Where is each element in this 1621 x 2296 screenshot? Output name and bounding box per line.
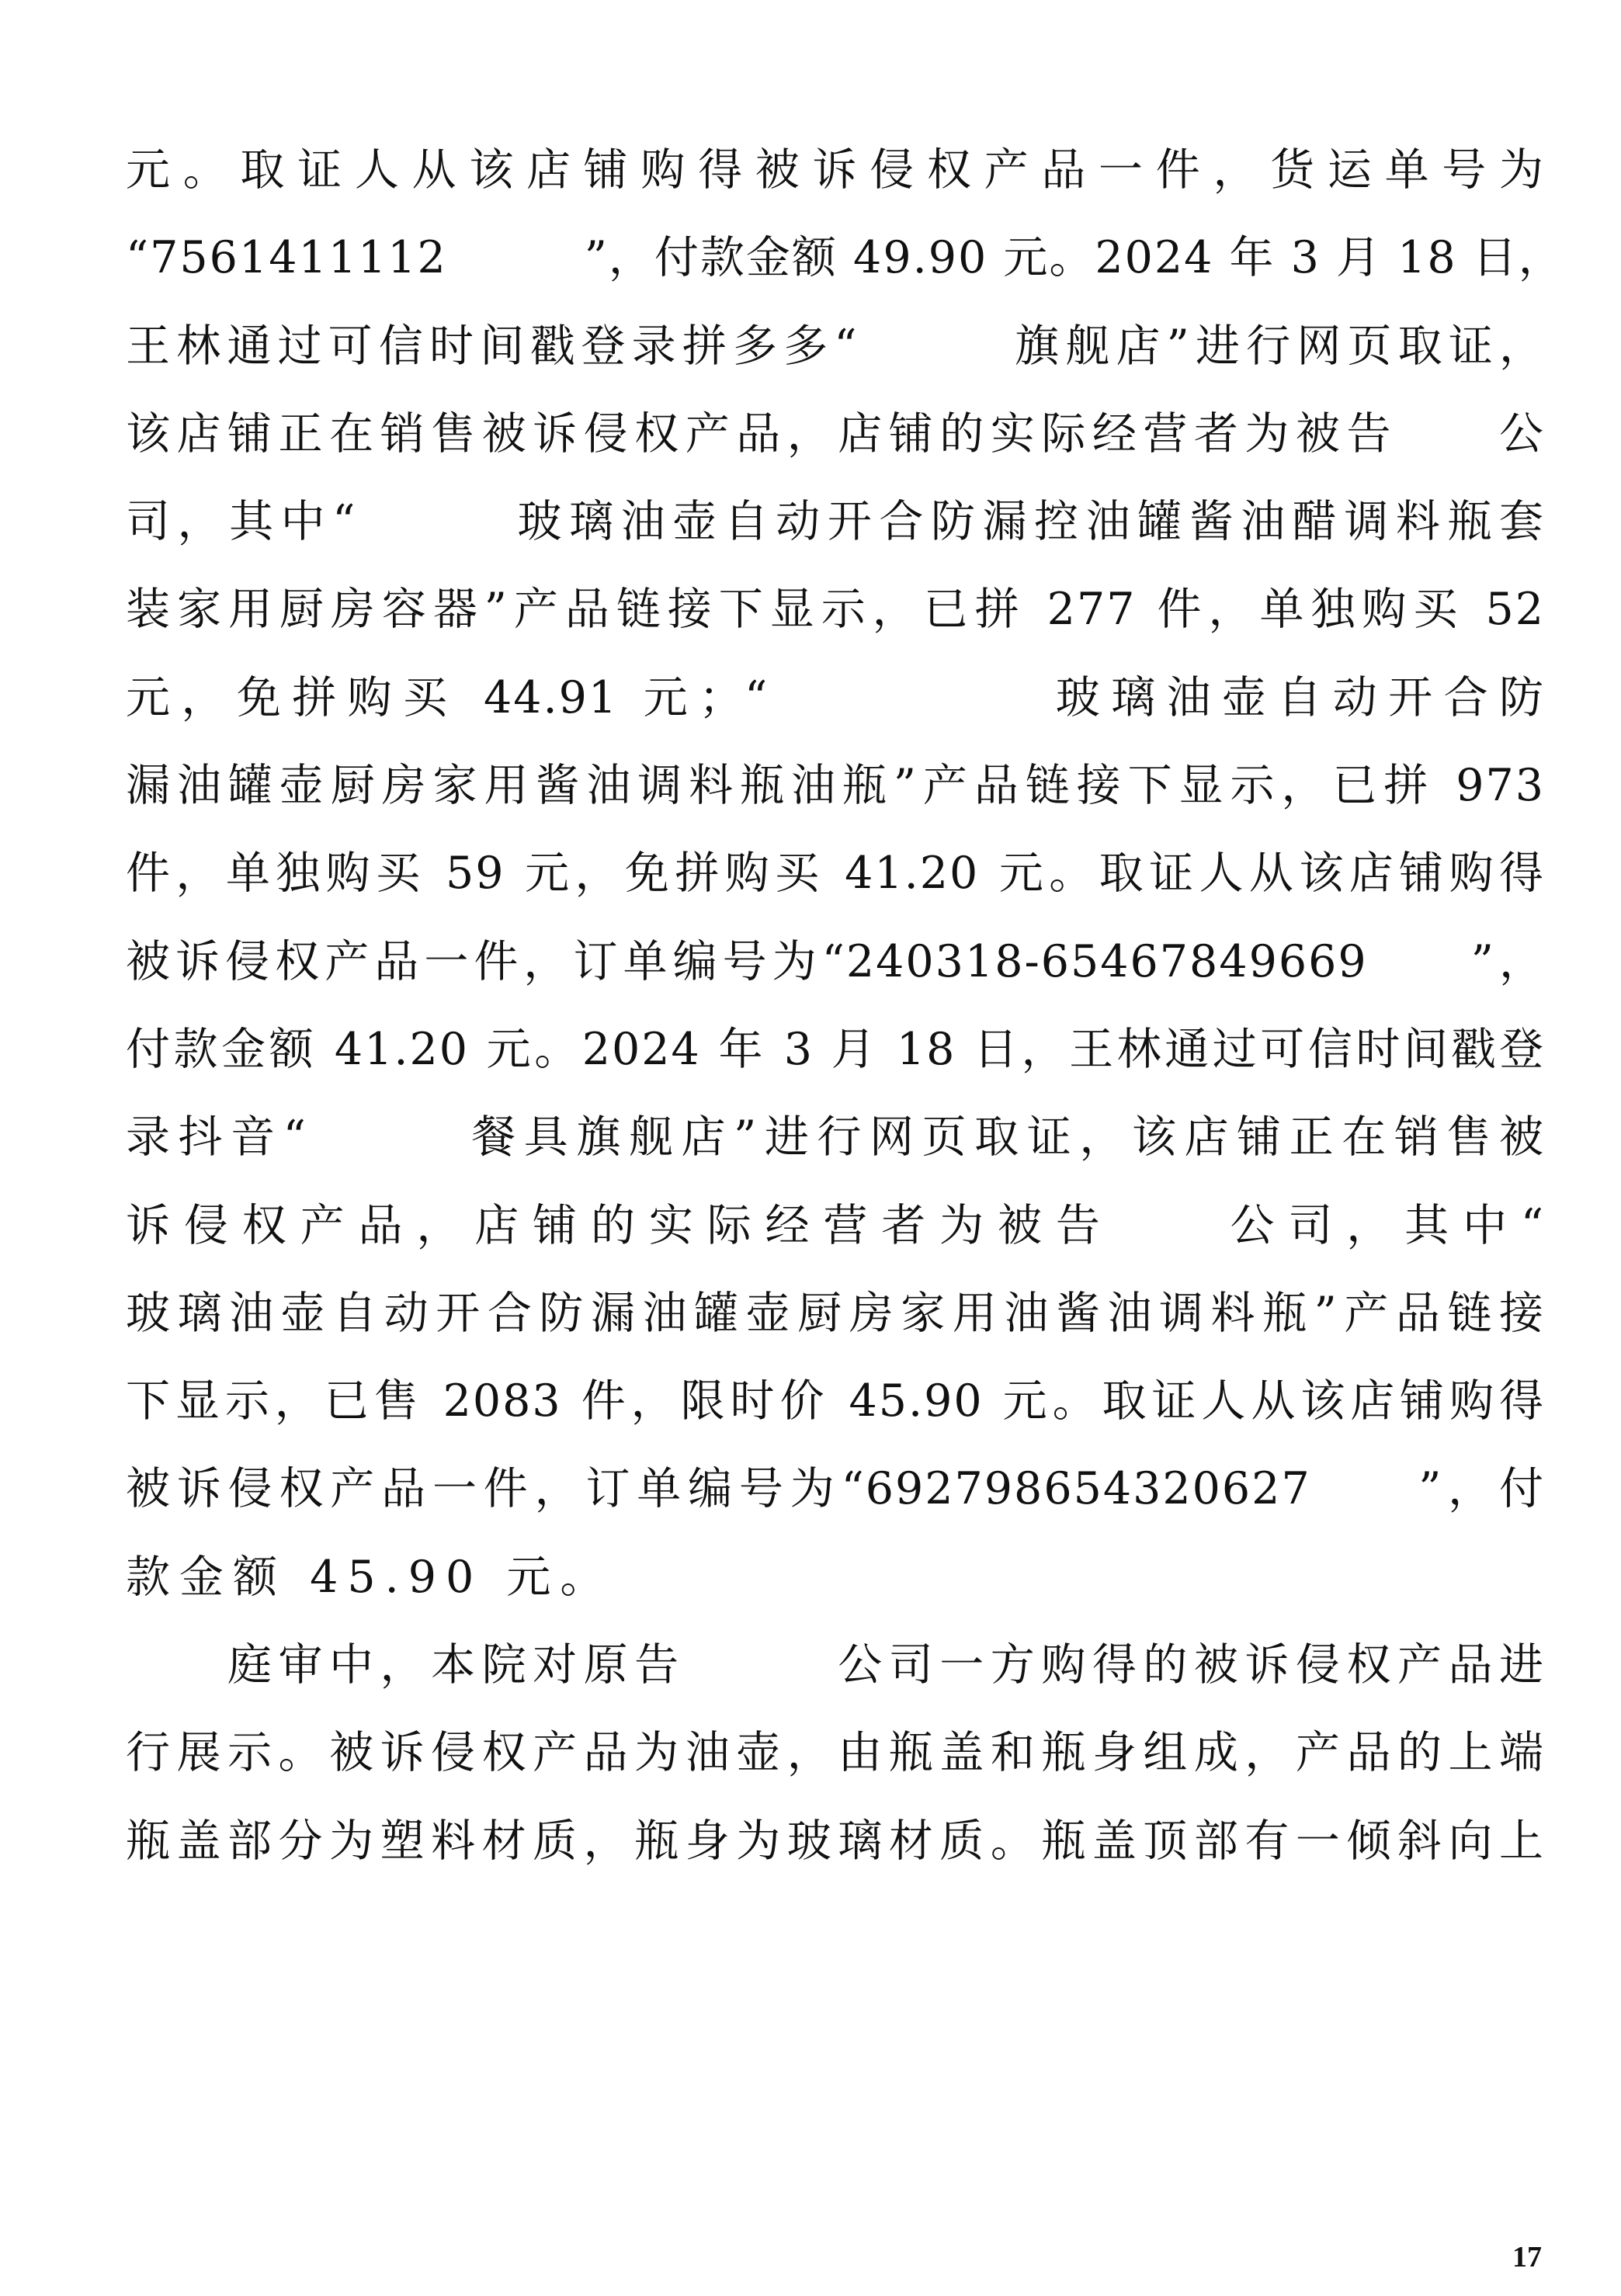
- page-number: 17: [1512, 2242, 1542, 2273]
- text-line: 下显示，已售 2083 件，限时价 45.90 元。取证人从该店铺购得: [126, 1373, 1545, 1461]
- text-line: 诉侵权产品，店铺的实际经营者为被告 公司，其中“: [126, 1198, 1545, 1285]
- text-line: 装家用厨房容器”产品链接下显示，已拼 277 件，单独购买 52: [126, 581, 1545, 669]
- text-line: “7561411112 ”，付款金额 49.90 元。2024 年 3 月 18…: [126, 230, 1545, 317]
- paragraph-evidence-purchases: 元。取证人从该店铺购得被诉侵权产品一件，货运单号为 “7561411112 ”，…: [126, 142, 1545, 1637]
- text-line: 王林通过可信时间戳登录拼多多“ 旗舰店”进行网页取证，: [126, 318, 1545, 406]
- text-line: 元，免拼购买 44.91 元；“ 玻璃油壶自动开合防: [126, 670, 1545, 758]
- paragraph-court-display: 庭审中，本院对原告 公司一方购得的被诉侵权产品进 行展示。被诉侵权产品为油壶，由…: [126, 1637, 1545, 1901]
- text-line: 行展示。被诉侵权产品为油壶，由瓶盖和瓶身组成，产品的上端: [126, 1725, 1545, 1812]
- text-line: 付款金额 41.20 元。2024 年 3 月 18 日，王林通过可信时间戳登: [126, 1021, 1545, 1109]
- body-text: 元。取证人从该店铺购得被诉侵权产品一件，货运单号为 “7561411112 ”，…: [126, 142, 1545, 1901]
- text-line: 漏油罐壶厨房家用酱油调料瓶油瓶”产品链接下显示，已拼 973: [126, 758, 1545, 845]
- text-line: 件，单独购买 59 元，免拼购买 41.20 元。取证人从该店铺购得: [126, 845, 1545, 933]
- text-line: 录抖音“ 餐具旗舰店”进行网页取证，该店铺正在销售被: [126, 1109, 1545, 1197]
- text-line: 该店铺正在销售被诉侵权产品，店铺的实际经营者为被告 公: [126, 406, 1545, 494]
- text-line: 司，其中“ 玻璃油壶自动开合防漏控油罐酱油醋调料瓶套: [126, 494, 1545, 581]
- text-line: 被诉侵权产品一件，订单编号为“240318-65467849669 ”，: [126, 934, 1545, 1021]
- text-line: 玻璃油壶自动开合防漏油罐壶厨房家用油酱油调料瓶”产品链接: [126, 1285, 1545, 1373]
- text-line: 瓶盖部分为塑料材质，瓶身为玻璃材质。瓶盖顶部有一倾斜向上: [126, 1813, 1545, 1901]
- text-line-indented: 庭审中，本院对原告 公司一方购得的被诉侵权产品进: [126, 1637, 1545, 1725]
- document-page: 元。取证人从该店铺购得被诉侵权产品一件，货运单号为 “7561411112 ”，…: [0, 0, 1621, 2296]
- text-line-paragraph-end: 款金额 45.90 元。: [126, 1549, 1545, 1637]
- text-line: 元。取证人从该店铺购得被诉侵权产品一件，货运单号为: [126, 142, 1545, 230]
- text-line: 被诉侵权产品一件，订单编号为“692798654320627 ”，付: [126, 1461, 1545, 1549]
